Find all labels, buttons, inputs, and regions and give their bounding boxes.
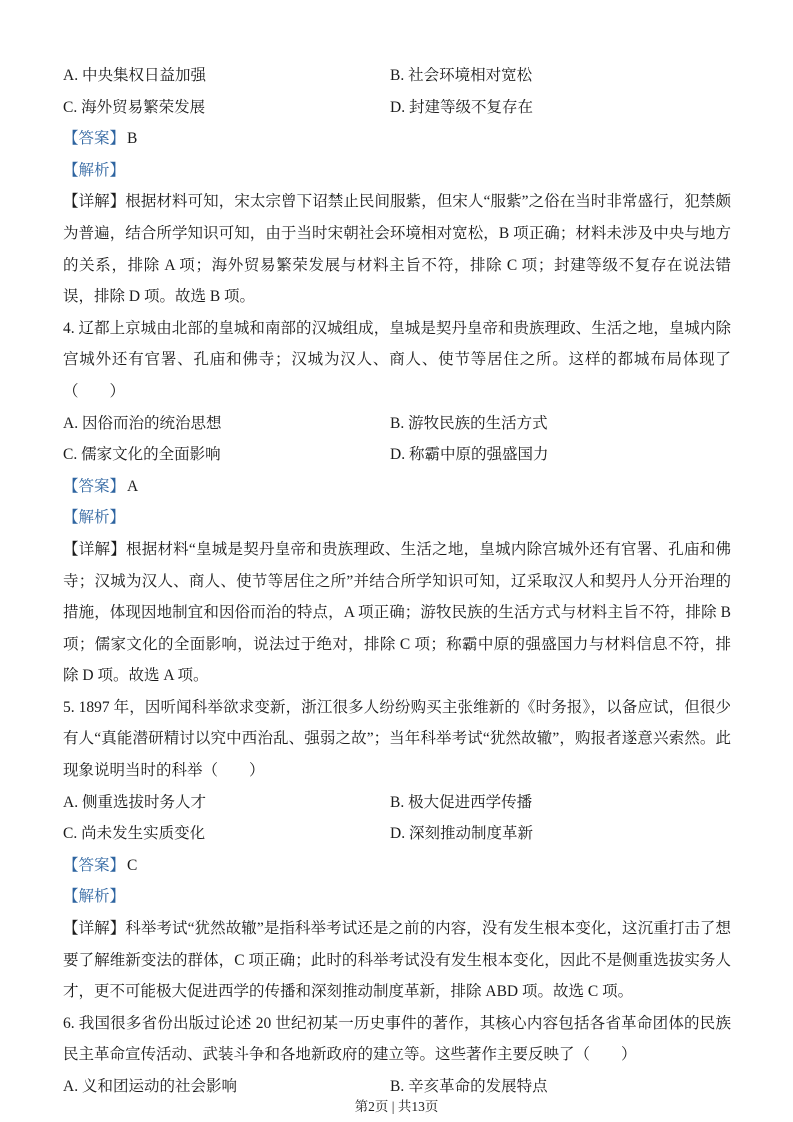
question-5-option-a: A. 侧重选拔时务人才 [63, 787, 390, 819]
question-3-option-a: A. 中央集权日益加强 [63, 60, 390, 92]
question-4-analysis-line: 【解析】 [63, 502, 731, 534]
answer-label: 【答案】 [63, 478, 125, 495]
question-3-analysis-line: 【解析】 [63, 155, 731, 187]
analysis-label: 【解析】 [63, 888, 125, 905]
question-4-stem: 4. 辽都上京城由北部的皇城和南部的汉城组成，皇城是契丹皇帝和贵族理政、生活之地… [63, 313, 731, 408]
question-5-options-row-1: A. 侧重选拔时务人才 B. 极大促进西学传播 [63, 787, 731, 819]
question-5-stem: 5. 1897 年，因听闻科举欲求变新，浙江很多人纷纷购买主张维新的《时务报》，… [63, 692, 731, 787]
answer-value: A [125, 478, 138, 495]
question-3-answer-line: 【答案】B [63, 123, 731, 155]
answer-value: B [125, 130, 137, 147]
question-5-option-b: B. 极大促进西学传播 [390, 787, 731, 819]
question-3-options-row-1: A. 中央集权日益加强 B. 社会环境相对宽松 [63, 60, 731, 92]
answer-label: 【答案】 [63, 130, 125, 147]
question-4-detail: 【详解】根据材料“皇城是契丹皇帝和贵族理政、生活之地，皇城内除宫城外还有官署、孔… [63, 534, 731, 692]
question-4-option-b: B. 游牧民族的生活方式 [390, 408, 731, 440]
question-4-answer-line: 【答案】A [63, 471, 731, 503]
question-4-option-c: C. 儒家文化的全面影响 [63, 439, 390, 471]
page-footer: 第2页 | 共13页 [0, 1098, 793, 1116]
question-4-options-row-2: C. 儒家文化的全面影响 D. 称霸中原的强盛国力 [63, 439, 731, 471]
question-5-answer-line: 【答案】C [63, 850, 731, 882]
question-4-option-a: A. 因俗而治的统治思想 [63, 408, 390, 440]
question-3-detail: 【详解】根据材料可知，宋太宗曾下诏禁止民间服紫，但宋人“服紫”之俗在当时非常盛行… [63, 186, 731, 312]
question-5-option-c: C. 尚未发生实质变化 [63, 818, 390, 850]
analysis-label: 【解析】 [63, 509, 125, 526]
question-3-option-d: D. 封建等级不复存在 [390, 92, 731, 124]
question-4-option-d: D. 称霸中原的强盛国力 [390, 439, 731, 471]
question-5-analysis-line: 【解析】 [63, 881, 731, 913]
question-3-options-row-2: C. 海外贸易繁荣发展 D. 封建等级不复存在 [63, 92, 731, 124]
question-6-stem: 6. 我国很多省份出版过论述 20 世纪初某一历史事件的著作，其核心内容包括各省… [63, 1008, 731, 1071]
answer-label: 【答案】 [63, 857, 125, 874]
question-3-option-b: B. 社会环境相对宽松 [390, 60, 731, 92]
question-5-option-d: D. 深刻推动制度革新 [390, 818, 731, 850]
answer-value: C [125, 857, 137, 874]
question-4-options-row-1: A. 因俗而治的统治思想 B. 游牧民族的生活方式 [63, 408, 731, 440]
question-5-detail: 【详解】科举考试“犹然故辙”是指科举考试还是之前的内容，没有发生根本变化，这沉重… [63, 913, 731, 1008]
question-5-options-row-2: C. 尚未发生实质变化 D. 深刻推动制度革新 [63, 818, 731, 850]
exam-document-page: A. 中央集权日益加强 B. 社会环境相对宽松 C. 海外贸易繁荣发展 D. 封… [0, 0, 793, 1122]
page-content: A. 中央集权日益加强 B. 社会环境相对宽松 C. 海外贸易繁荣发展 D. 封… [63, 60, 731, 1103]
analysis-label: 【解析】 [63, 162, 125, 179]
question-3-option-c: C. 海外贸易繁荣发展 [63, 92, 390, 124]
